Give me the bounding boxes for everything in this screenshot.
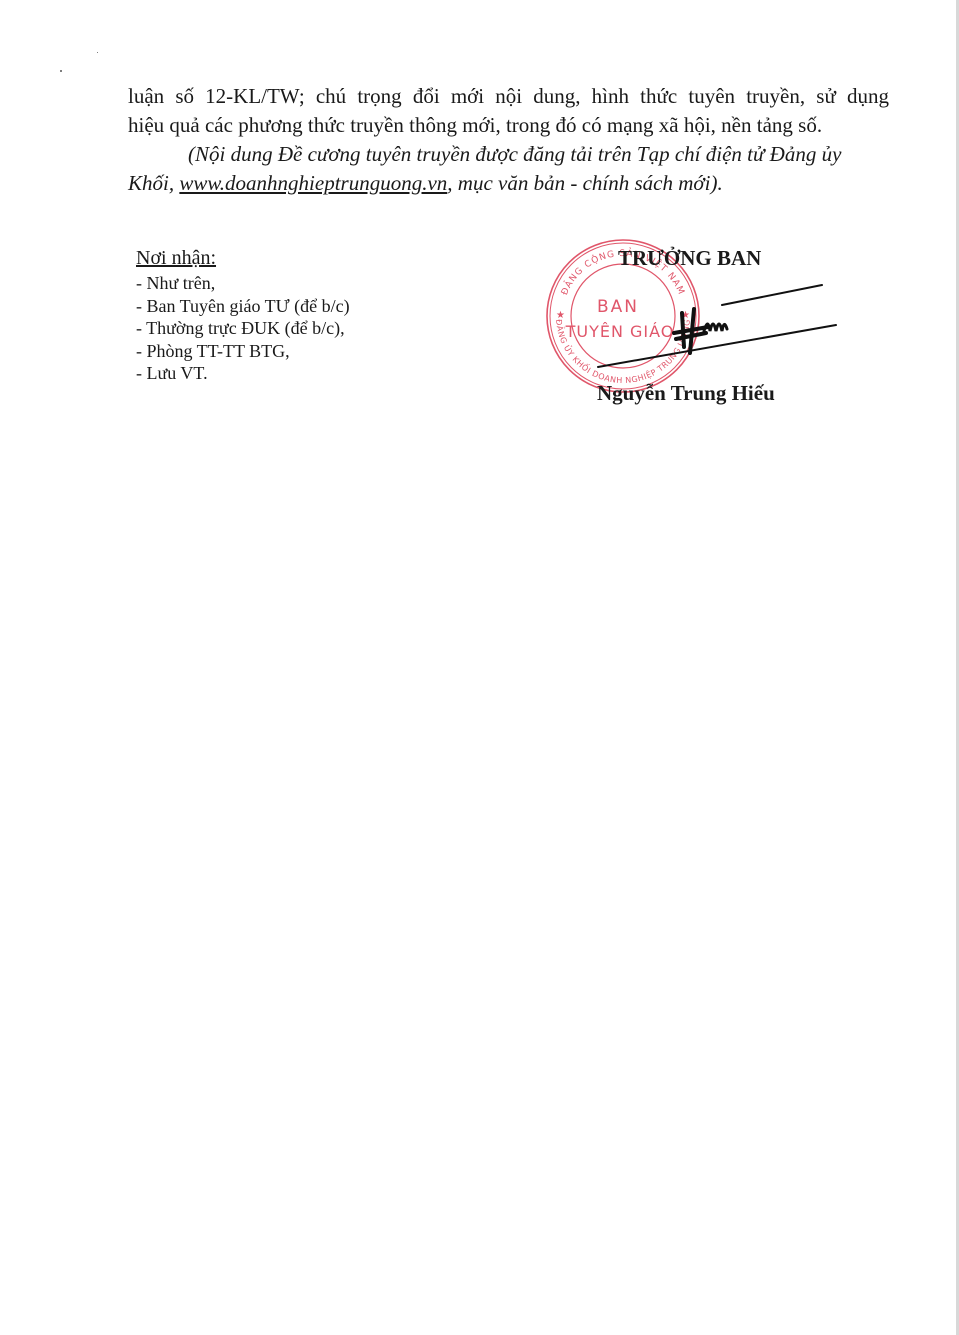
recipient-item: - Ban Tuyên giáo TƯ (để b/c) [136, 295, 350, 318]
note-line-2: Khối, www.doanhnghieptrunguong.vn, mục v… [128, 169, 889, 198]
recipient-item: - Lưu VT. [136, 362, 350, 385]
recipients-title: Nơi nhận: [136, 244, 350, 272]
scan-speck [97, 52, 98, 53]
note-suffix: , mục văn bản - chính sách mới). [447, 171, 722, 195]
signatory-name: Nguyễn Trung Hiếu [597, 381, 775, 406]
note-prefix: Khối, [128, 171, 179, 195]
recipients-block: Nơi nhận: - Như trên, - Ban Tuyên giáo T… [136, 244, 350, 385]
recipient-item: - Thường trực ĐUK (để b/c), [136, 317, 350, 340]
recipient-item: - Phòng TT-TT BTG, [136, 340, 350, 363]
body-paragraph: luận số 12-KL/TW; chú trọng đổi mới nội … [128, 82, 889, 140]
recipient-item: - Như trên, [136, 272, 350, 295]
note-line-1: (Nội dung Đề cương tuyên truyền được đăn… [128, 140, 889, 169]
body-line: hiệu quả các phương thức truyền thông mớ… [128, 111, 889, 140]
body-line: luận số 12-KL/TW; chú trọng đổi mới nội … [128, 82, 889, 111]
signatory-title: TRƯỞNG BAN [618, 246, 761, 271]
note-paragraph: (Nội dung Đề cương tuyên truyền được đăn… [128, 140, 889, 198]
svg-text:★: ★ [556, 310, 565, 321]
scan-speck [60, 70, 62, 72]
website-link[interactable]: www.doanhnghieptrunguong.vn [179, 171, 447, 195]
